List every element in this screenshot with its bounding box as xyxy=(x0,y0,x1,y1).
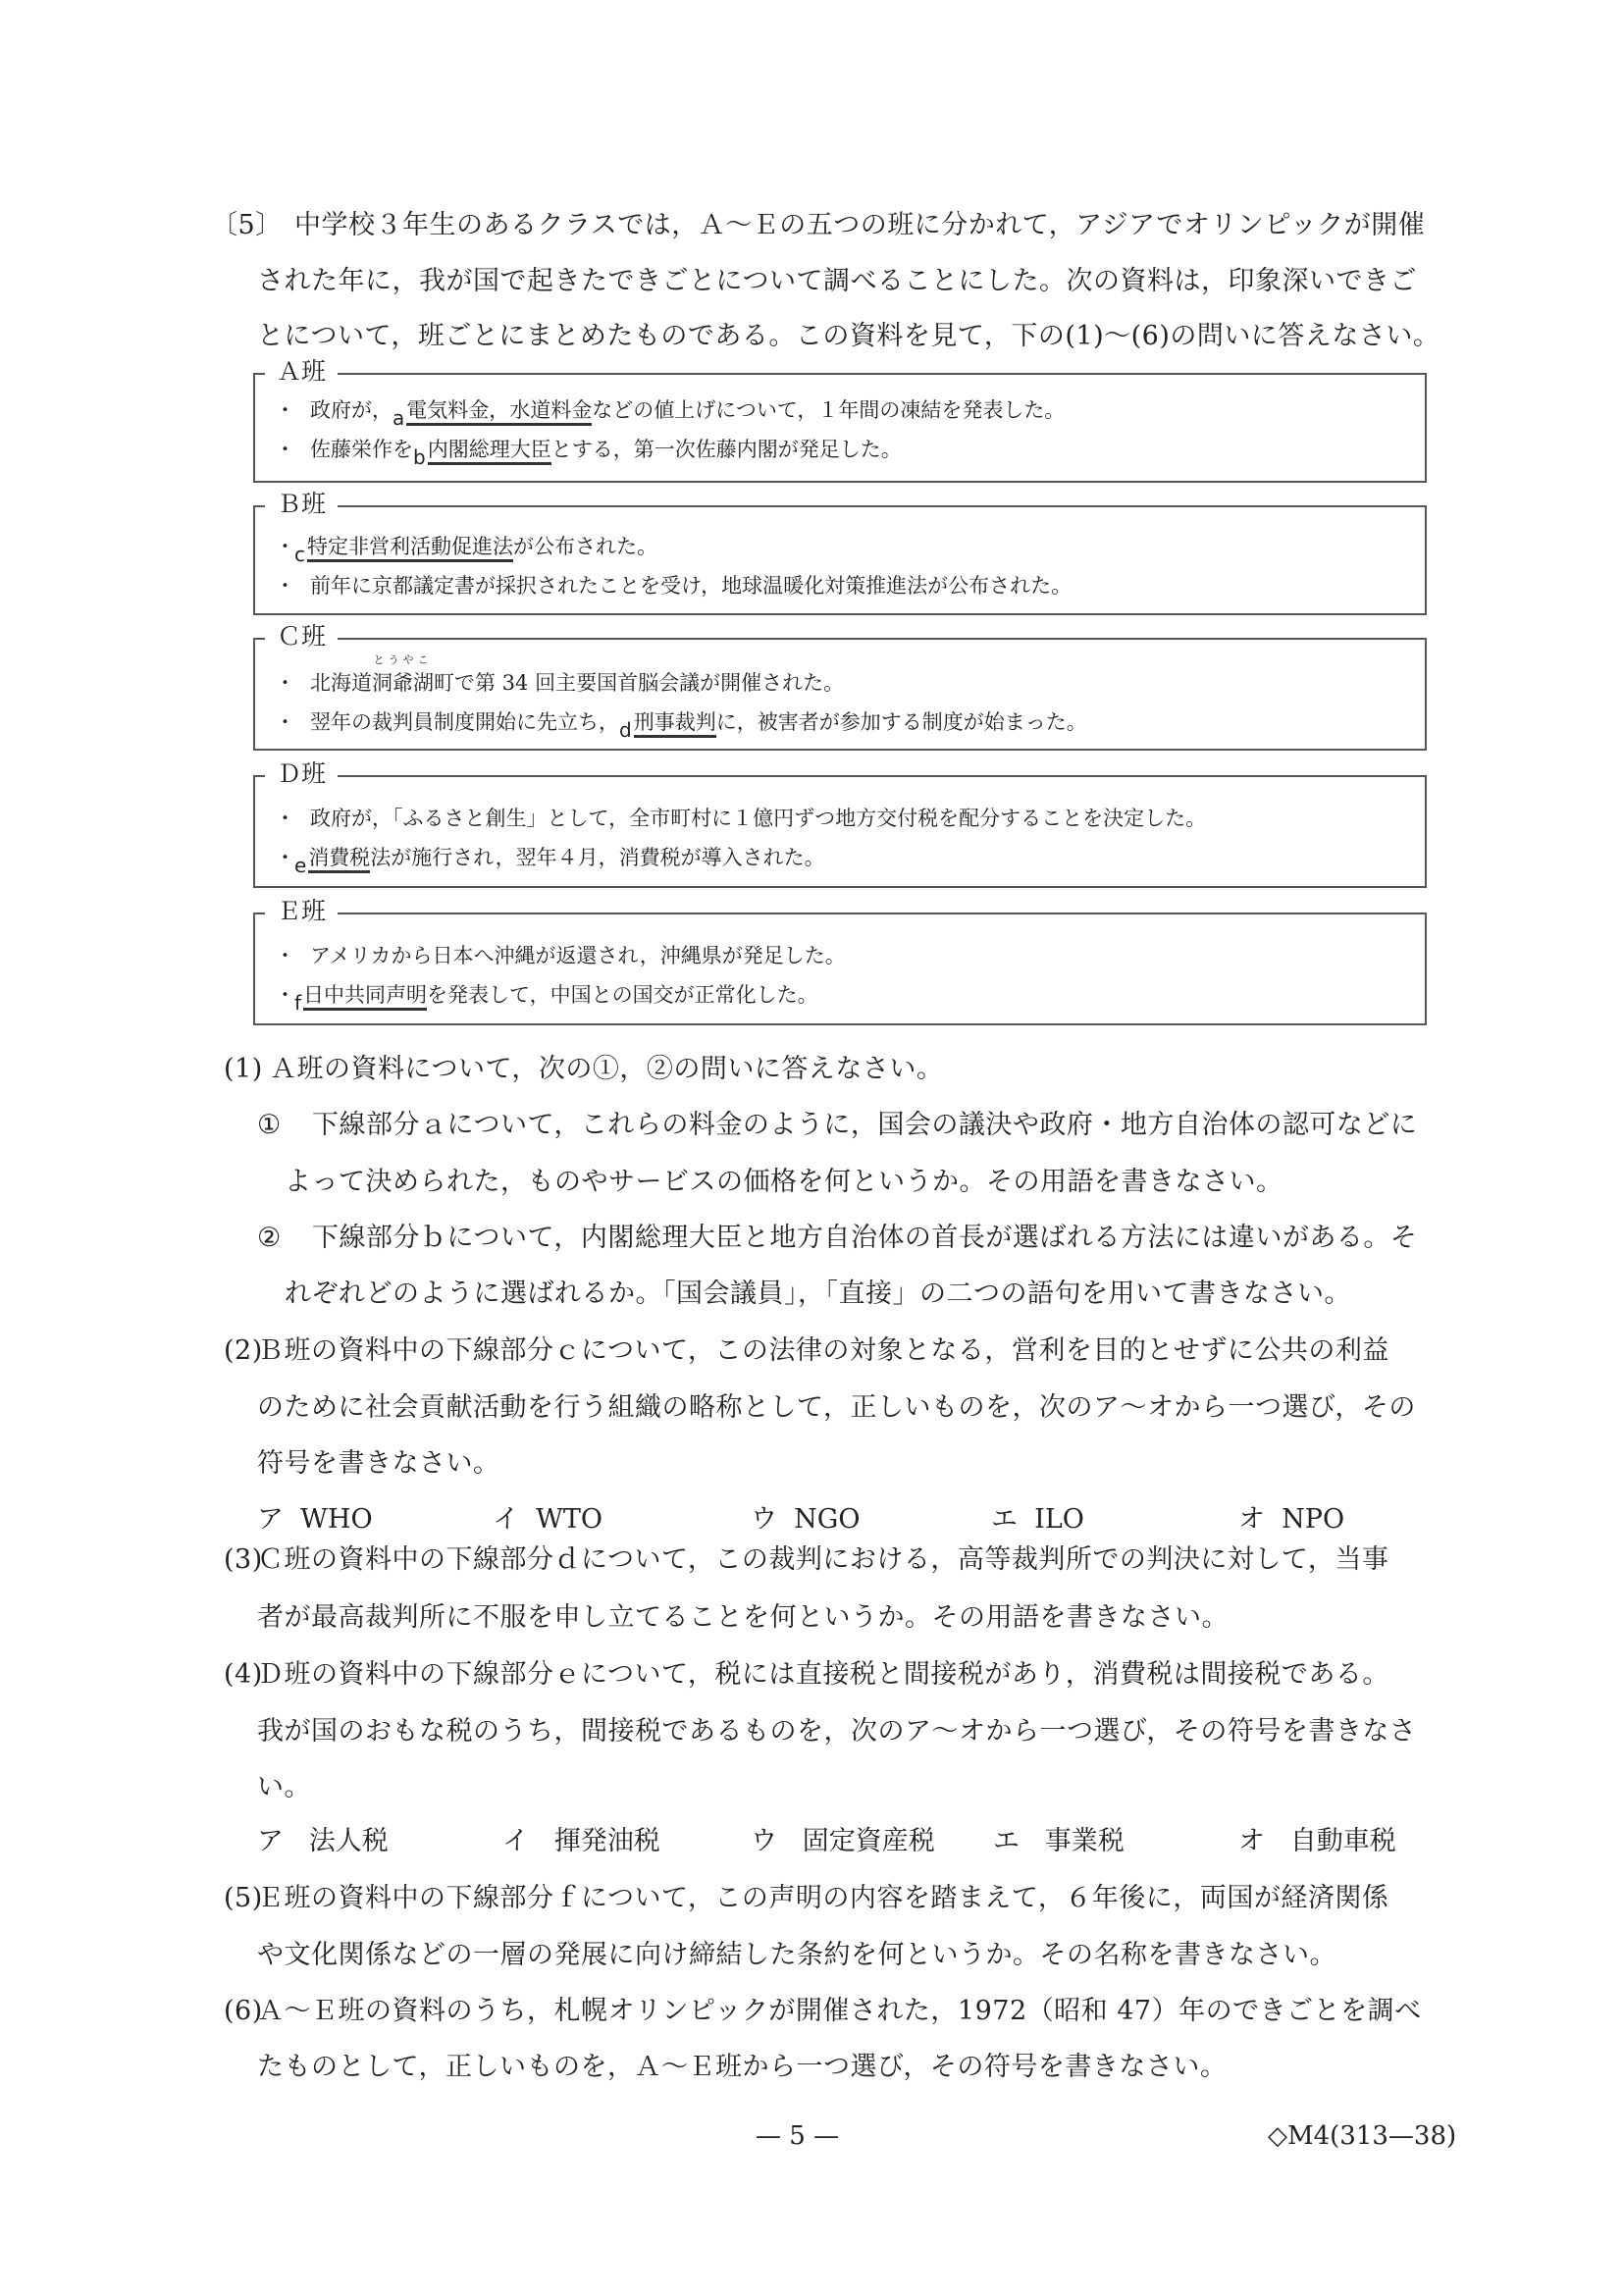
group-a-item-1: ・政府が，a電気料金，水道料金などの値上げについて，１年間の凍結を発表した。 xyxy=(275,396,1065,424)
sub-question-1-line-2: よって決められた，ものやサービスの価格を何というか。その用語を書きなさい。 xyxy=(285,1166,1283,1199)
question-line-1: Ｅ班の資料中の下線部分ｆについて，この声明の内容を踏まえて，６年後に，両国が経済… xyxy=(257,1882,1388,1915)
group-b-label: Ｂ班 xyxy=(265,488,338,521)
intro-line-2: された年に，我が国で起きたできごとについて調べることにした。次の資料は，印象深い… xyxy=(257,265,1417,298)
question-line-1: Ｄ班の資料中の下線部分ｅについて，税には直接税と間接税があり，消費税は間接税であ… xyxy=(257,1658,1389,1692)
group-b-box: Ｂ班 ・c特定非営利活動促進法が公布された。 ・前年に京都議定書が採択されたこと… xyxy=(253,505,1427,615)
group-a-label: Ａ班 xyxy=(265,355,338,389)
bullet: ・ xyxy=(275,436,310,463)
group-d-item-2: ・e消費税法が施行され，翌年４月，消費税が導入された。 xyxy=(275,844,825,871)
underlined-text-c: 特定非営利活動促進法 xyxy=(307,535,513,562)
item-text: が公布された。 xyxy=(513,535,657,558)
option-i: イ 揮発油税 xyxy=(502,1825,660,1858)
group-d-label: Ｄ班 xyxy=(265,757,338,791)
bullet: ・ xyxy=(275,396,310,424)
ruby-base: 洞爺湖 xyxy=(372,671,434,695)
question-line-1: Ａ～Ｅ班の資料のうち，札幌オリンピックが開催された，1972（昭和 47）年ので… xyxy=(257,1995,1422,2028)
group-c-item-2: ・翌年の裁判員制度開始に先立ち，d刑事裁判に，被害者が参加する制度が始まった。 xyxy=(275,708,1087,736)
option-o: オ NPO xyxy=(1238,1503,1344,1537)
item-text: に，被害者が参加する制度が始まった。 xyxy=(716,710,1087,734)
question-line-1: Ｃ班の資料中の下線部分ｄについて，この裁判における，高等裁判所での判決に対して，… xyxy=(257,1543,1388,1577)
question-line-2: や文化関係などの一層の発展に向け締結した条約を何というか。その名称を書きなさい。 xyxy=(257,1939,1336,1972)
underline-marker-a: a xyxy=(393,406,404,430)
question-line-1: Ｂ班の資料中の下線部分ｃについて，この法律の対象となる，営利を目的とせずに公共の… xyxy=(257,1334,1389,1368)
item-text: とする，第一次佐藤内閣が発足した。 xyxy=(551,438,902,461)
option-e: エ ILO xyxy=(991,1503,1084,1537)
bullet: ・ xyxy=(275,572,310,600)
sub-number: ① xyxy=(257,1109,282,1142)
bullet: ・ xyxy=(275,981,294,1009)
question-line-3: 符号を書きなさい。 xyxy=(257,1447,500,1481)
group-c-label: Ｃ班 xyxy=(265,620,338,653)
underline-marker-b: b xyxy=(413,445,426,469)
option-e: エ 事業税 xyxy=(993,1825,1125,1858)
group-e-label: Ｅ班 xyxy=(265,895,338,928)
group-b-item-1: ・c特定非営利活動促進法が公布された。 xyxy=(275,533,657,560)
group-c-box: Ｃ班 ・北海道とうやこ洞爺湖町で第 34 回主要国首脳会議が開催された。 ・翌年… xyxy=(253,638,1427,751)
item-text: アメリカから日本へ沖縄が返還され，沖縄県が発足した。 xyxy=(310,944,846,967)
item-text: 法が施行され，翌年４月，消費税が導入された。 xyxy=(370,846,824,869)
group-b-item-2: ・前年に京都議定書が採択されたことを受け，地球温暖化対策推進法が公布された。 xyxy=(275,572,1072,600)
sub-question-2-line-2: れぞれどのように選ばれるか。「国会議員」，「直接」の二つの語句を用いて書きなさい… xyxy=(285,1278,1351,1311)
group-d-item-1: ・政府が，「ふるさと創生」として，全市町村に１億円ずつ地方交付税を配分することを… xyxy=(275,805,1206,832)
question-line-2: 我が国のおもな税のうち，間接税であるものを，次のア～オから一つ選び，その符号を書… xyxy=(257,1715,1416,1748)
item-text: などの値上げについて，１年間の凍結を発表した。 xyxy=(592,398,1065,422)
underline-marker-c: c xyxy=(294,543,305,566)
option-i: イ WTO xyxy=(493,1503,602,1537)
item-text: 政府が，「ふるさと創生」として，全市町村に１億円ずつ地方交付税を配分することを決… xyxy=(310,807,1206,830)
underlined-text-a: 電気料金，水道料金 xyxy=(406,398,592,426)
item-text: 佐藤栄作を xyxy=(310,438,413,461)
group-e-item-1: ・アメリカから日本へ沖縄が返還され，沖縄県が発足した。 xyxy=(275,942,846,969)
ruby-word: とうやこ洞爺湖 xyxy=(372,669,434,697)
bullet: ・ xyxy=(275,669,310,697)
underlined-text-e: 消費税 xyxy=(308,846,370,873)
option-a: ア WHO xyxy=(257,1503,373,1537)
underline-marker-d: d xyxy=(619,718,632,742)
group-e-box: Ｅ班 ・アメリカから日本へ沖縄が返還され，沖縄県が発足した。 ・f日中共同声明を… xyxy=(253,913,1427,1025)
question-line-2: のために社会貢献活動を行う組織の略称として，正しいものを，次のア～オから一つ選び… xyxy=(257,1391,1416,1425)
item-text: 前年に京都議定書が採択されたことを受け，地球温暖化対策推進法が公布された。 xyxy=(310,574,1072,598)
group-a-item-2: ・佐藤栄作をb内閣総理大臣とする，第一次佐藤内閣が発足した。 xyxy=(275,436,902,463)
sub-question-2-line-1: 下線部分ｂについて，内閣総理大臣と地方自治体の首長が選ばれる方法には違いがある。… xyxy=(312,1222,1417,1255)
group-d-box: Ｄ班 ・政府が，「ふるさと創生」として，全市町村に１億円ずつ地方交付税を配分する… xyxy=(253,775,1427,888)
intro-line-1: 中学校３年生のあるクラスでは，Ａ～Ｅの五つの班に分かれて，アジアでオリンピックが… xyxy=(294,209,1425,242)
problem-number: 〔5〕 xyxy=(211,209,283,242)
group-a-box: Ａ班 ・政府が，a電気料金，水道料金などの値上げについて，１年間の凍結を発表した… xyxy=(253,373,1427,483)
option-u: ウ 固定資産税 xyxy=(751,1825,935,1858)
underline-marker-e: e xyxy=(294,854,306,877)
bullet: ・ xyxy=(275,942,310,969)
ruby-reading: とうやこ xyxy=(372,654,434,666)
bullet: ・ xyxy=(275,533,294,560)
bullet: ・ xyxy=(275,844,294,871)
group-c-item-1: ・北海道とうやこ洞爺湖町で第 34 回主要国首脳会議が開催された。 xyxy=(275,669,844,697)
exam-code: ◇M4(313—38) xyxy=(1268,2119,1456,2153)
option-a: ア 法人税 xyxy=(257,1825,389,1858)
question-line-2: 者が最高裁判所に不服を申し立てることを何というか。その用語を書きなさい。 xyxy=(257,1601,1229,1635)
group-e-item-2: ・f日中共同声明を発表して，中国との国交が正常化した。 xyxy=(275,981,818,1009)
option-o: オ 自動車税 xyxy=(1238,1825,1396,1858)
sub-question-1-line-1: 下線部分ａについて，これらの料金のように，国会の議決や政府・地方自治体の認可など… xyxy=(312,1109,1417,1142)
bullet: ・ xyxy=(275,708,310,736)
page-number: — 5 — xyxy=(756,2119,839,2153)
underlined-text-f: 日中共同声明 xyxy=(303,983,427,1011)
underline-marker-f: f xyxy=(294,991,301,1015)
item-text: 政府が， xyxy=(310,398,393,422)
question-text: Ａ班の資料について，次の①，②の問いに答えなさい。 xyxy=(270,1053,943,1086)
item-text: を発表して，中国との国交が正常化した。 xyxy=(427,983,818,1007)
underlined-text-b: 内閣総理大臣 xyxy=(428,438,551,465)
option-u: ウ NGO xyxy=(751,1503,861,1537)
question-line-3: い。 xyxy=(257,1771,311,1804)
bullet: ・ xyxy=(275,805,310,832)
item-text: 町で第 34 回主要国首脳会議が開催された。 xyxy=(434,671,844,695)
item-text: 翌年の裁判員制度開始に先立ち， xyxy=(310,710,619,734)
question-line-2: たものとして，正しいものを，Ａ～Ｅ班から一つ選び，その符号を書きなさい。 xyxy=(257,2051,1227,2084)
sub-number: ② xyxy=(257,1222,282,1255)
item-text: 北海道 xyxy=(310,671,372,695)
intro-line-3: とについて，班ごとにまとめたものである。この資料を見て，下の(1)～(6)の問い… xyxy=(257,320,1440,353)
question-number: (1) xyxy=(224,1053,263,1086)
underlined-text-d: 刑事裁判 xyxy=(634,710,716,738)
